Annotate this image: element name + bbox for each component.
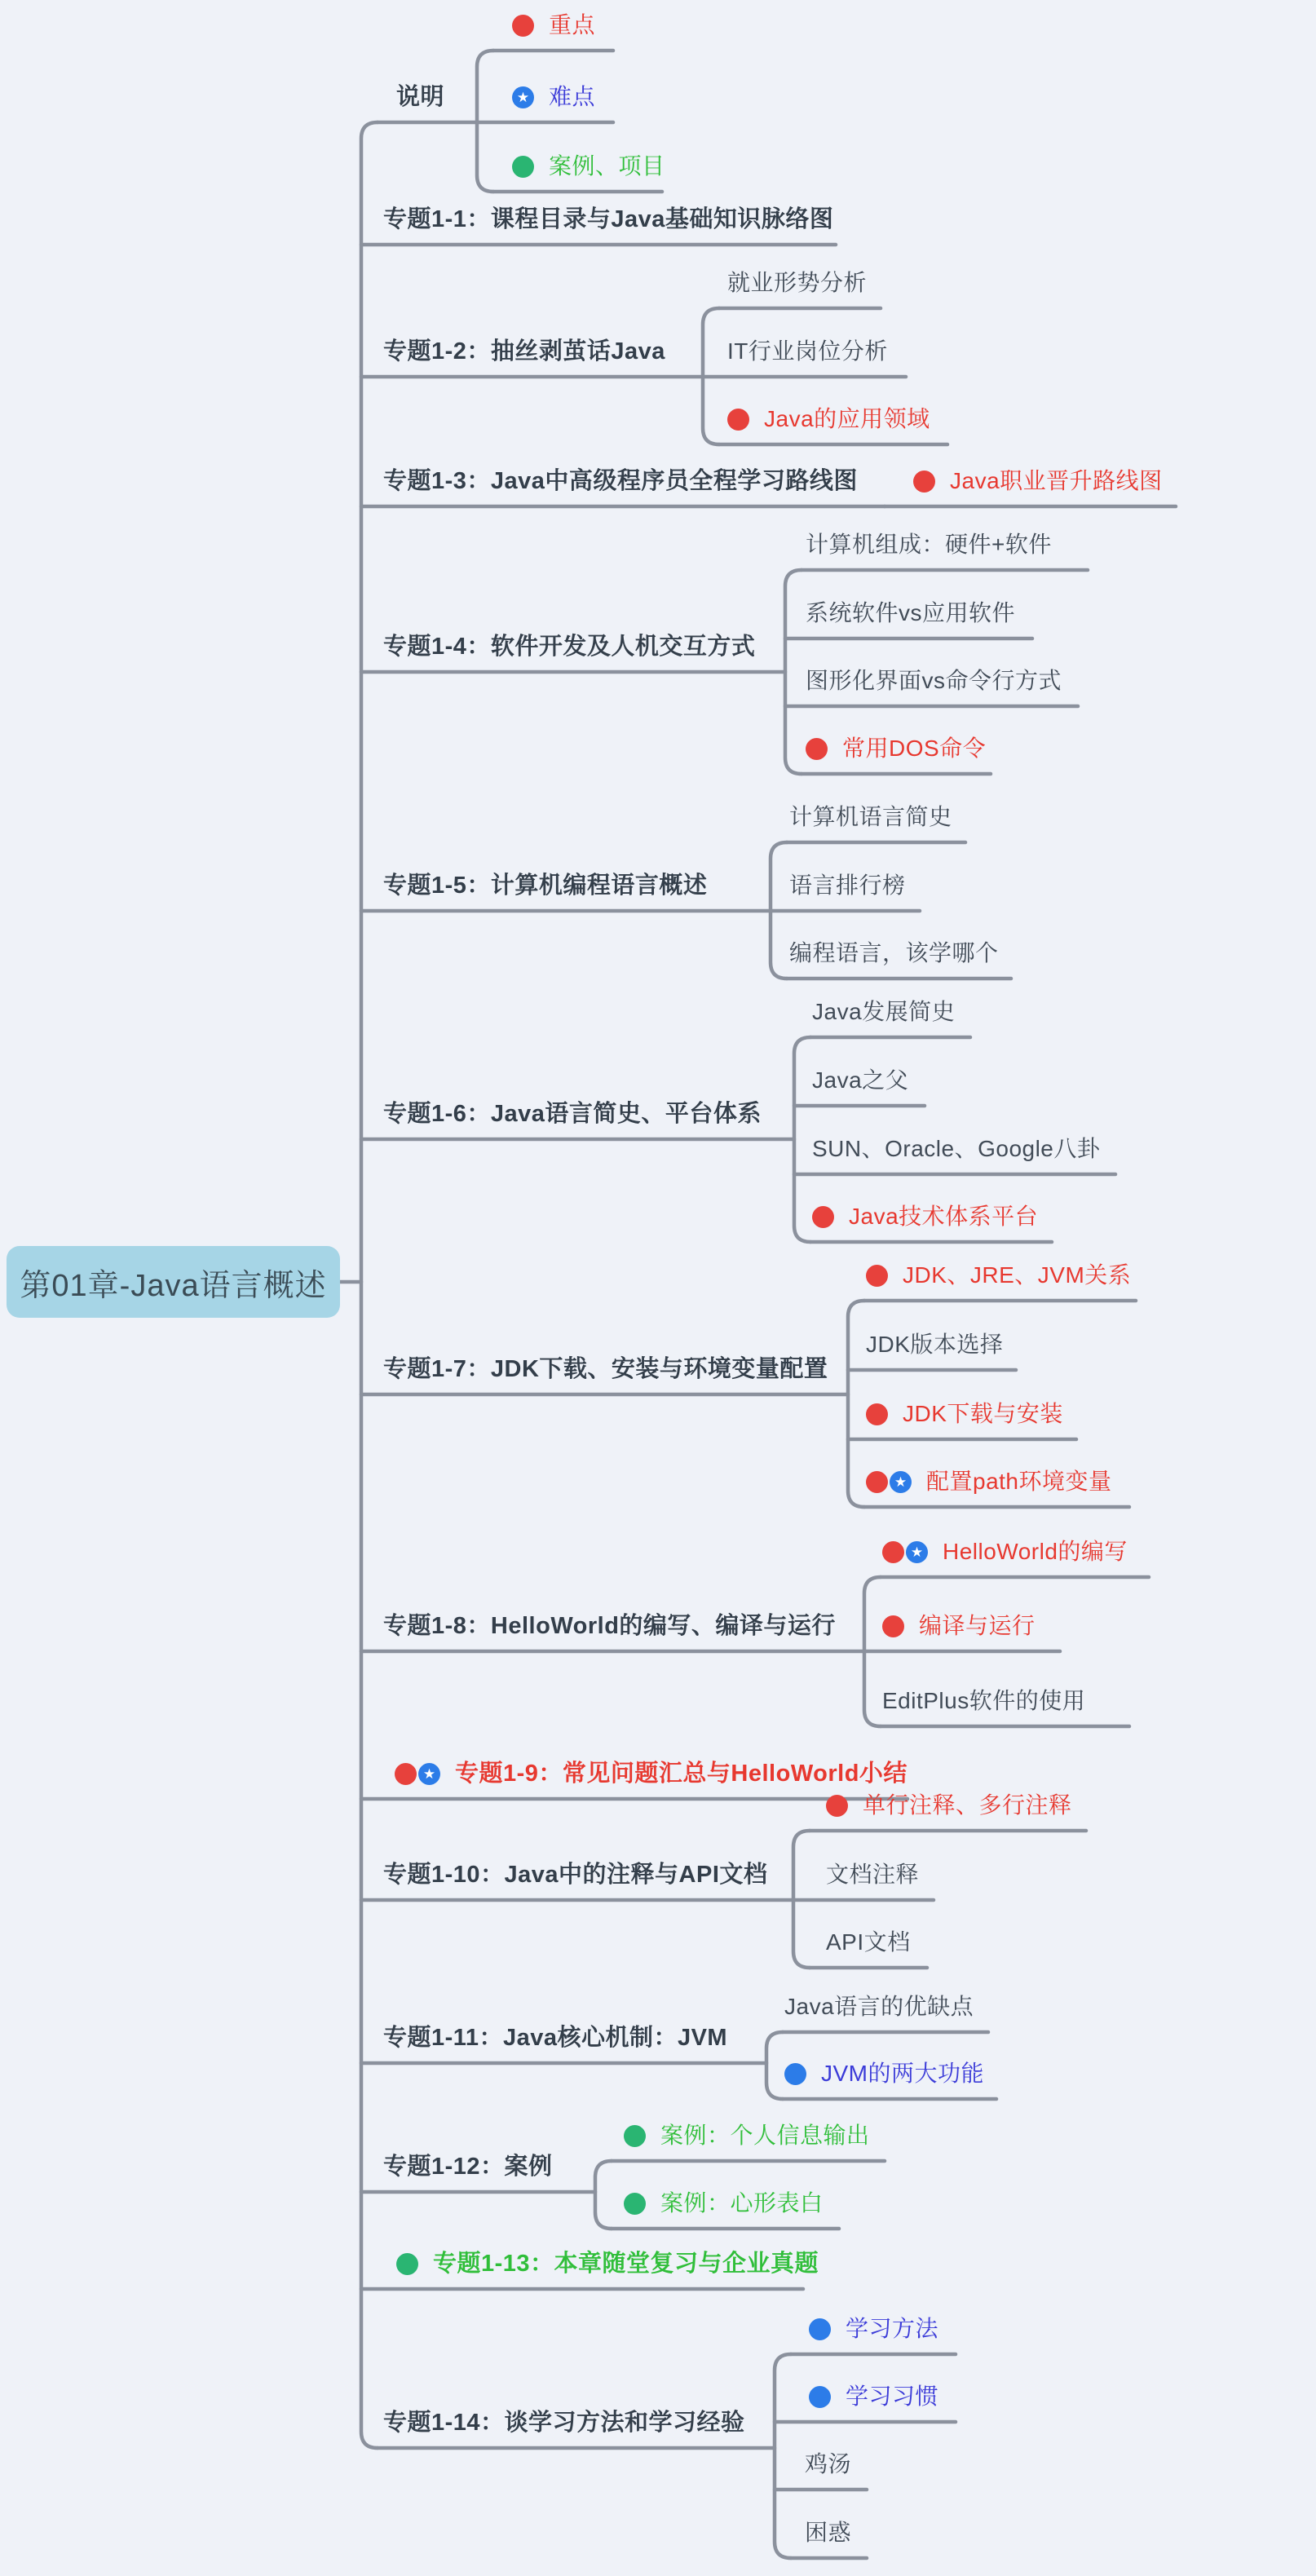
sub-system-vs-app-label: 系统软件vs应用软件 [806,602,1015,625]
sub-helloworld-write-markers: ★ [882,1541,928,1563]
sub-case-heart-label: 案例：心形表白 [660,2192,824,2215]
sub-employment-analysis[interactable]: 就业形势分析 [727,264,867,302]
topic-1-1[interactable]: 专题1-1：课程目录与Java基础知识脉络图 [383,201,833,238]
connector-line [848,1301,864,1507]
sub-study-habit[interactable]: 学习习惯 [809,2378,938,2415]
root-topic-label: 第01章-Java语言概述 [20,1260,326,1305]
red-dot-icon [727,409,749,431]
topic-1-11-label: 专题1-11：Java核心机制：JVM [383,2026,727,2050]
sub-dos-commands-label: 常用DOS命令 [842,737,986,760]
topic-1-8[interactable]: 专题1-8：HelloWorld的编写、编译与运行 [383,1607,836,1645]
sub-jvm-functions-label: JVM的两大功能 [821,2062,984,2085]
sub-java-father[interactable]: Java之父 [812,1062,908,1099]
topic-1-14[interactable]: 专题1-14：谈学习方法和学习经验 [383,2404,745,2441]
sub-confusion[interactable]: 困惑 [805,2514,851,2552]
blue-dot-icon [784,2063,806,2085]
sub-editplus-label: EditPlus软件的使用 [882,1690,1085,1712]
sub-jvm-functions-markers [784,2063,806,2085]
sub-confusion-label: 困惑 [805,2521,851,2544]
sub-case-heart-markers [624,2193,646,2215]
legend-case-project[interactable]: 案例、项目 [512,148,665,185]
sub-doc-comments[interactable]: 文档注释 [826,1856,919,1893]
blue-dot-icon [809,2386,831,2408]
sub-jvm-functions[interactable]: JVM的两大功能 [784,2055,984,2092]
connector-line [785,570,802,774]
root-topic[interactable]: 第01章-Java语言概述 [7,1246,340,1318]
sub-doc-comments-label: 文档注释 [826,1863,919,1886]
sub-java-father-label: Java之父 [812,1069,908,1092]
sub-employment-analysis-label: 就业形势分析 [727,272,867,294]
sub-helloworld-write[interactable]: ★HelloWorld的编写 [882,1533,1128,1571]
sub-editplus[interactable]: EditPlus软件的使用 [882,1682,1085,1720]
sub-compile-run-label: 编译与运行 [919,1615,1036,1637]
legend-hard-point-markers: ★ [512,86,534,108]
sub-path-env-label: 配置path环境变量 [926,1470,1112,1493]
red-dot-icon [882,1615,904,1637]
connector-line [775,2354,791,2558]
green-dot-icon [624,2193,646,2215]
sub-computer-compose[interactable]: 计算机组成：硬件+软件 [806,526,1052,563]
red-dot-icon [806,738,828,760]
red-dot-icon [826,1795,848,1817]
sub-case-personal-info-markers [624,2125,646,2147]
red-dot-icon [866,1471,888,1493]
topic-1-9-label: 专题1-9：常见问题汇总与HelloWorld小结 [455,1762,908,1786]
topic-1-5[interactable]: 专题1-5：计算机编程语言概述 [383,867,707,904]
sub-career-roadmap-markers [913,471,935,493]
sub-case-personal-info[interactable]: 案例：个人信息输出 [624,2117,870,2154]
sub-java-pros-cons-label: Java语言的优缺点 [784,1995,974,2018]
sub-jdk-version-label: JDK版本选择 [866,1333,1003,1356]
sub-case-heart[interactable]: 案例：心形表白 [624,2185,824,2222]
topic-1-12-label: 专题1-12：案例 [383,2155,553,2179]
sub-line-comments-label: 单行注释、多行注释 [863,1794,1072,1817]
sub-which-language-label: 编程语言，该学哪个 [789,942,999,965]
legend-hard-point[interactable]: ★难点 [512,78,595,116]
sub-gui-vs-cli[interactable]: 图形化界面vs命令行方式 [806,662,1062,700]
topic-1-10-label: 专题1-10：Java中的注释与API文档 [383,1863,767,1887]
sub-sun-oracle-google-label: SUN、Oracle、Google八卦 [812,1138,1100,1160]
sub-lang-history[interactable]: 计算机语言简史 [789,798,952,836]
sub-api-doc[interactable]: API文档 [826,1924,911,1961]
legend-hard-point-label: 难点 [549,86,595,108]
topic-1-14-label: 专题1-14：谈学习方法和学习经验 [383,2411,745,2435]
topic-legend[interactable]: 说明 [396,78,444,116]
topic-1-4[interactable]: 专题1-4：软件开发及人机交互方式 [383,628,755,665]
sub-study-method-label: 学习方法 [846,2318,938,2340]
topic-1-13-label: 专题1-13：本章随堂复习与企业真题 [433,2252,819,2276]
red-dot-icon [913,471,935,493]
red-dot-icon [866,1265,888,1287]
sub-lang-ranking-label: 语言排行榜 [789,874,906,897]
sub-java-fields[interactable]: Java的应用领域 [727,400,930,438]
mindmap-canvas: 第01章-Java语言概述 说明重点★难点案例、项目专题1-1：课程目录与Jav… [0,0,1316,2576]
red-dot-icon [866,1403,888,1425]
sub-lang-ranking[interactable]: 语言排行榜 [789,867,906,904]
red-dot-icon [512,15,534,37]
topic-1-6[interactable]: 专题1-6：Java语言简史、平台体系 [383,1095,762,1133]
topic-1-5-label: 专题1-5：计算机编程语言概述 [383,874,707,898]
topic-1-10[interactable]: 专题1-10：Java中的注释与API文档 [383,1856,767,1893]
topic-1-9-markers: ★ [395,1763,440,1785]
connector-line [766,2032,783,2099]
blue-star-icon: ★ [906,1541,928,1563]
blue-star-icon: ★ [890,1471,912,1493]
sub-study-habit-markers [809,2386,831,2408]
sub-study-habit-label: 学习习惯 [846,2385,938,2408]
red-dot-icon [395,1763,417,1785]
green-dot-icon [624,2125,646,2147]
sub-java-history-label: Java发展简史 [812,1001,955,1023]
sub-java-fields-markers [727,409,749,431]
sub-java-platform-label: Java技术体系平台 [849,1205,1038,1228]
sub-career-roadmap-label: Java职业晋升路线图 [950,470,1163,493]
topic-1-8-label: 专题1-8：HelloWorld的编写、编译与运行 [383,1615,836,1638]
red-dot-icon [812,1206,834,1228]
connector-line [361,122,378,2448]
sub-study-method-markers [809,2318,831,2340]
green-dot-icon [512,156,534,178]
sub-dos-commands-markers [806,738,828,760]
sub-chicken-soup[interactable]: 鸡汤 [805,2446,851,2483]
sub-case-personal-info-label: 案例：个人信息输出 [660,2124,870,2147]
sub-study-method[interactable]: 学习方法 [809,2310,938,2348]
blue-star-icon: ★ [512,86,534,108]
topic-1-4-label: 专题1-4：软件开发及人机交互方式 [383,635,755,659]
sub-dos-commands[interactable]: 常用DOS命令 [806,730,986,767]
topic-1-3-label: 专题1-3：Java中高级程序员全程学习路线图 [383,470,858,493]
sub-compile-run[interactable]: 编译与运行 [882,1607,1036,1645]
connector-line [794,1037,810,1242]
sub-which-language[interactable]: 编程语言，该学哪个 [789,935,999,972]
sub-jdk-jre-jvm[interactable]: JDK、JRE、JVM关系 [866,1257,1131,1294]
red-dot-icon [882,1541,904,1563]
green-dot-icon [396,2253,418,2275]
sub-computer-compose-label: 计算机组成：硬件+软件 [806,533,1052,556]
sub-jdk-install-markers [866,1403,888,1425]
topic-1-12[interactable]: 专题1-12：案例 [383,2148,553,2185]
sub-line-comments[interactable]: 单行注释、多行注释 [826,1787,1072,1824]
sub-jdk-jre-jvm-markers [866,1265,888,1287]
legend-key-point[interactable]: 重点 [512,7,595,44]
sub-java-pros-cons[interactable]: Java语言的优缺点 [784,1988,974,2026]
topic-1-6-label: 专题1-6：Java语言简史、平台体系 [383,1102,762,1126]
legend-case-project-label: 案例、项目 [549,155,665,178]
sub-jdk-version[interactable]: JDK版本选择 [866,1326,1003,1363]
topic-1-7[interactable]: 专题1-7：JDK下载、安装与环境变量配置 [383,1350,828,1388]
topic-1-1-label: 专题1-1：课程目录与Java基础知识脉络图 [383,208,833,232]
sub-java-history[interactable]: Java发展简史 [812,993,955,1031]
topic-1-11[interactable]: 专题1-11：Java核心机制：JVM [383,2019,727,2057]
topic-1-13[interactable]: 专题1-13：本章随堂复习与企业真题 [396,2245,819,2282]
sub-it-jobs-analysis-label: IT行业岗位分析 [727,340,888,363]
blue-star-icon: ★ [418,1763,440,1785]
sub-path-env[interactable]: ★配置path环境变量 [866,1463,1112,1500]
sub-career-roadmap[interactable]: Java职业晋升路线图 [913,462,1163,500]
sub-compile-run-markers [882,1615,904,1637]
sub-jdk-install[interactable]: JDK下载与安装 [866,1395,1063,1433]
sub-java-platform-markers [812,1206,834,1228]
topic-legend-label: 说明 [396,86,444,109]
blue-dot-icon [809,2318,831,2340]
sub-gui-vs-cli-label: 图形化界面vs命令行方式 [806,669,1062,692]
sub-sun-oracle-google[interactable]: SUN、Oracle、Google八卦 [812,1130,1100,1168]
legend-case-project-markers [512,156,534,178]
sub-path-env-markers: ★ [866,1471,912,1493]
topic-1-13-markers [396,2253,418,2275]
sub-jdk-install-label: JDK下载与安装 [903,1403,1063,1425]
sub-line-comments-markers [826,1795,848,1817]
sub-jdk-jre-jvm-label: JDK、JRE、JVM关系 [903,1264,1131,1287]
sub-helloworld-write-label: HelloWorld的编写 [943,1540,1128,1563]
sub-system-vs-app[interactable]: 系统软件vs应用软件 [806,594,1015,632]
topic-1-2[interactable]: 专题1-2：抽丝剥茧话Java [383,333,665,370]
sub-api-doc-label: API文档 [826,1931,911,1954]
topic-1-7-label: 专题1-7：JDK下载、安装与环境变量配置 [383,1358,828,1381]
sub-java-platform[interactable]: Java技术体系平台 [812,1198,1038,1235]
sub-java-fields-label: Java的应用领域 [764,408,930,431]
sub-chicken-soup-label: 鸡汤 [805,2453,851,2476]
legend-key-point-markers [512,15,534,37]
sub-lang-history-label: 计算机语言简史 [789,806,952,828]
sub-it-jobs-analysis[interactable]: IT行业岗位分析 [727,333,888,370]
topic-1-2-label: 专题1-2：抽丝剥茧话Java [383,340,665,364]
topic-1-3[interactable]: 专题1-3：Java中高级程序员全程学习路线图 [383,462,858,500]
connector-line [595,2161,612,2229]
legend-key-point-label: 重点 [549,14,595,37]
